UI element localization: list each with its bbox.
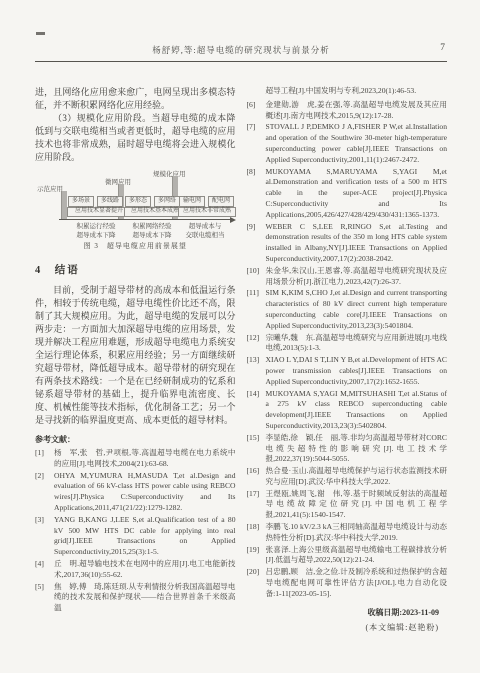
editor-note: (本文编辑:赵艳粉) <box>247 622 448 633</box>
scan-artifact <box>36 32 45 35</box>
paper-page: 杨舒婷,等:超导电缆的研究现状与前景分析 7 进，且网络化应用愈来愈广，电网呈现… <box>0 0 480 673</box>
reference-text: 张喜泽.上海公里级高温超导电缆输电工程碳排放分析[J].低温与超导,2022,5… <box>266 545 448 565</box>
page-number: 7 <box>440 43 445 53</box>
reference-text: 朱金华,朱汉山,王恩睿,等.高温超导电缆研究现状及应用场景分析[J].浙江电力,… <box>266 266 448 286</box>
reference-number: [18] <box>247 522 260 533</box>
status-box: 应用技术显著提升 <box>67 207 131 218</box>
reference-item: [14] MUKOYAMA S,YAGI M,MITSUHASHI T,et a… <box>247 389 448 432</box>
reference-number: [12] <box>247 333 260 344</box>
reference-text: WEBER C S,LEE R,RINGO S,et al.Testing an… <box>266 222 448 263</box>
reference-number: [11] <box>247 288 259 299</box>
reference-number: [4] <box>35 559 44 570</box>
reference-number: [2] <box>35 471 44 482</box>
status-box: 应用技术基本成熟 <box>124 207 186 218</box>
references-list-left: [1] 杨 军,张 哲,尹项根,等.高温超导电缆在电力系统中的应用[J].电网技… <box>35 448 236 614</box>
reference-item: [13] XIAO L Y,DAI S T,LIN Y B,et al.Deve… <box>247 355 448 387</box>
tag-box: 多网络 <box>154 196 180 207</box>
reference-item: [1] 杨 军,张 哲,尹项根,等.高温超导电缆在电力系统中的应用[J].电网技… <box>35 448 236 470</box>
reference-text: 宗曦华,魏 东.高温超导电缆研究与应用新进展[J].电线电缆,2013(5):1… <box>266 333 448 353</box>
running-header-title: 杨舒婷,等:超导电缆的研究现状与前景分析 <box>35 44 447 56</box>
reference-number: [6] <box>247 100 256 111</box>
reference-text: OHYA M,YUMURA H,MASUDA T,et al.Design an… <box>54 471 236 512</box>
tag-box: 输电网 <box>179 196 205 207</box>
tag-box: 多场景 <box>68 196 94 207</box>
reference-number: [14] <box>247 389 260 400</box>
timeline-arrowhead-icon <box>230 217 236 223</box>
timeline-axis <box>59 219 231 220</box>
reference-item: [3] YANG B,KANG J,LEE S,et al.Qualificat… <box>35 515 236 558</box>
left-column: 进，且网络化应用愈来愈广，电网呈现出多模态特征，并不断积累网络化应用经验。 （3… <box>35 86 236 633</box>
section-heading-conclusion: 4 结语 <box>35 262 236 277</box>
reference-item: [6] 金建勋,游 虎,姜在强,等.高温超导电缆发展及其应用概述[J].南方电网… <box>247 100 448 122</box>
reference-item: [9] WEBER C S,LEE R,RINGO S,et al.Testin… <box>247 222 448 265</box>
reference-number: [13] <box>247 355 260 366</box>
stage-title-scale: 规模化应用 <box>153 169 186 178</box>
reference-text: XIAO L Y,DAI S T,LIN Y B,et al.Developme… <box>266 355 448 386</box>
reference-item: [4] 丘 明.超导输电技术在电网中的应用[J].电工电能新技术,2017,36… <box>35 559 236 581</box>
reference-text: MUKOYAMA S,MARUYAMA S,YAGI M,et al.Demon… <box>266 167 448 219</box>
reference-continuation: 超导工程[J].中国发明与专利,2023,20(1):46-53. <box>247 86 448 97</box>
paragraph-continuation: 进，且网络化应用愈来愈广，电网呈现出多模态特征，并不断积累网络化应用经验。 <box>35 86 236 112</box>
reference-number: [1] <box>35 448 44 459</box>
reference-item: [11] SIM K,KIM S,CHO J,et al.Design and … <box>247 288 448 331</box>
reference-text: SIM K,KIM S,CHO J,et al.Design and curre… <box>266 288 448 329</box>
reference-item: [7] STOVALL J P,DEMKO J A,FISHER P W,et … <box>247 122 448 165</box>
reference-text: 杨 军,张 哲,尹项根,等.高温超导电缆在电力系统中的应用[J].电网技术,20… <box>54 448 236 468</box>
reference-item: [15] 李显皓,徐 颖,任 丽,等.非均匀高温超导带材对CORC电缆失超特性的… <box>247 433 448 465</box>
reference-item: [17] 王煜瓯,姚周飞,谢 伟,等.基于时频域反射法的高温超导电缆故障定位研究… <box>247 489 448 521</box>
reference-text: 王煜瓯,姚周飞,谢 伟,等.基于时频域反射法的高温超导电缆故障定位研究[J].中… <box>266 489 448 520</box>
reference-number: [3] <box>35 515 44 526</box>
reference-item: [10] 朱金华,朱汉山,王恩睿,等.高温超导电缆研究现状及应用场景分析[J].… <box>247 266 448 288</box>
reference-text: YANG B,KANG J,LEE S,et al.Qualification … <box>54 515 236 556</box>
reference-text: 热合曼·玉山.高温超导电缆保护与运行状态监测技术研究与应用[D].武汉:华中科技… <box>266 466 448 486</box>
reference-item: [2] OHYA M,YUMURA H,MASUDA T,et al.Desig… <box>35 471 236 514</box>
reference-number: [5] <box>35 582 44 593</box>
reference-item: [16] 热合曼·玉山.高温超导电缆保护与运行状态监测技术研究与应用[D].武汉… <box>247 466 448 488</box>
reference-text: 焦 婷,傅 琦,陈廷顼.从专利情报分析我国高温超导电缆的技术发展和保护现状——结… <box>54 582 236 613</box>
conclusion-paragraph: 目前，受制于超导带材的高成本和低温运行条件，相较于传统电缆，超导电缆性价比还不高… <box>35 284 236 427</box>
reference-number: [16] <box>247 466 260 477</box>
note-line: 交联电缆相当 <box>173 232 237 241</box>
figure-3-diagram: 示范应用 微网应用 规模化应用 多场景 多线路 多形态 多网络 输电网 配电网 … <box>35 169 236 239</box>
paragraph-stage3: （3）规模化应用阶段。当超导电缆的成本降低到与交联电缆相当或者更低时，超导电缆的… <box>35 112 236 164</box>
reference-text: 金建勋,游 虎,姜在强,等.高温超导电缆发展及其应用概述[J].南方电网技术,2… <box>266 100 448 120</box>
reference-text: MUKOYAMA S,YAGI M,MITSUHASHI T,et al.Sta… <box>266 389 448 430</box>
reference-text: 吕忠鹏,顾 洁,金之俭.计及制冷系统和过热保护的含超导电缆配电网可靠性评估方法[… <box>266 567 448 598</box>
reference-text: 李鹏飞.10 kV/2.3 kA三相同轴高温超导电缆设计与动态热特性分析[D].… <box>266 522 448 542</box>
reference-item: [5] 焦 婷,傅 琦,陈廷顼.从专利情报分析我国高温超导电缆的技术发展和保护现… <box>35 582 236 614</box>
note-line: 超导成本与 <box>173 223 237 232</box>
tag-box: 多形态 <box>125 196 151 207</box>
stage-note: 超导成本与 交联电缆相当 <box>173 223 237 240</box>
reference-number: [19] <box>247 545 260 556</box>
reference-number: [20] <box>247 567 260 578</box>
reference-item: [20] 吕忠鹏,顾 洁,金之俭.计及制冷系统和过热保护的含超导电缆配电网可靠性… <box>247 567 448 599</box>
reference-text: STOVALL J P,DEMKO J A,FISHER P W,et al.I… <box>266 122 448 163</box>
references-list-right: [6] 金建勋,游 虎,姜在强,等.高温超导电缆发展及其应用概述[J].南方电网… <box>247 100 448 600</box>
reference-item: [18] 李鹏飞.10 kV/2.3 kA三相同轴高温超导电缆设计与动态热特性分… <box>247 522 448 544</box>
tag-box: 配电网 <box>208 196 234 207</box>
reference-number: [10] <box>247 266 260 277</box>
status-box: 应用技术非常成熟 <box>178 207 236 218</box>
running-header: 杨舒婷,等:超导电缆的研究现状与前景分析 7 <box>35 44 447 58</box>
reference-item: [19] 张喜泽.上海公里级高温超导电缆输电工程碳排放分析[J].低温与超导,2… <box>247 545 448 567</box>
reference-number: [17] <box>247 489 260 500</box>
reference-item: [12] 宗曦华,魏 东.高温超导电缆研究与应用新进展[J].电线电缆,2013… <box>247 333 448 355</box>
reference-text: 李显皓,徐 颖,任 丽,等.非均匀高温超导带材对CORC电缆失超特性的影响研究[… <box>266 433 448 464</box>
figure-caption: 图 3 超导电缆应用前景展望 <box>35 241 236 251</box>
reference-text: 丘 明.超导输电技术在电网中的应用[J].电工电能新技术,2017,36(10)… <box>54 559 236 579</box>
header-rule <box>35 61 447 62</box>
tag-box: 多线路 <box>97 196 123 207</box>
reference-number: [15] <box>247 433 260 444</box>
reference-number: [7] <box>247 122 256 133</box>
two-column-body: 进，且网络化应用愈来愈广，电网呈现出多模态特征，并不断积累网络化应用经验。 （3… <box>35 86 447 633</box>
reference-number: [9] <box>247 222 256 233</box>
references-heading: 参考文献： <box>35 434 236 445</box>
right-column: 超导工程[J].中国发明与专利,2023,20(1):46-53. [6] 金建… <box>247 86 448 633</box>
reference-item: [8] MUKOYAMA S,MARUYAMA S,YAGI M,et al.D… <box>247 167 448 221</box>
stage-title-demo: 示范应用 <box>37 184 63 193</box>
received-date: 收稿日期:2023-11-09 <box>247 607 448 618</box>
reference-number: [8] <box>247 167 256 178</box>
